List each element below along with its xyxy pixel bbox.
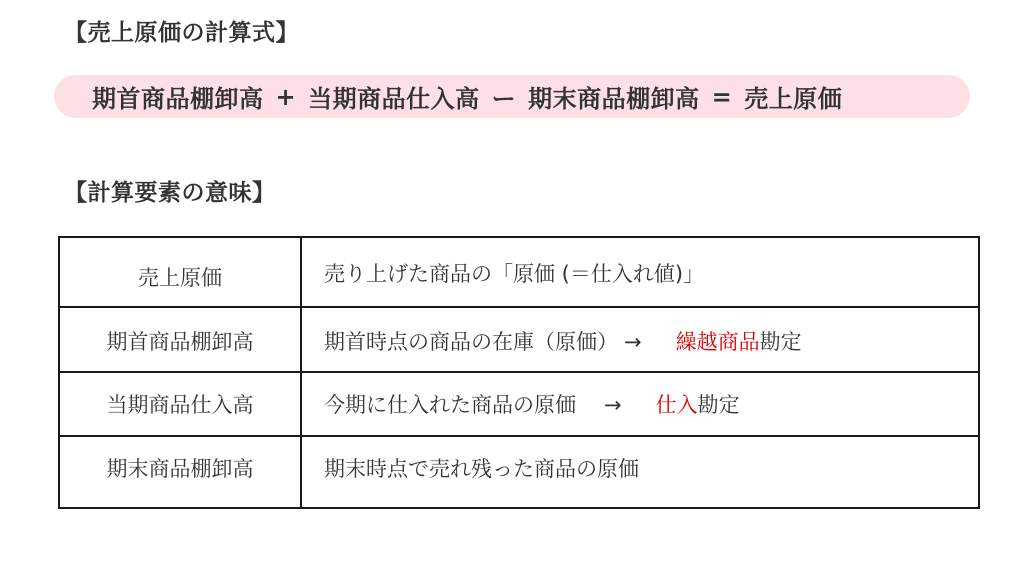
account-name-highlight: 仕入 (656, 393, 698, 417)
minus-operator: ー (492, 79, 517, 114)
term-cell: 期首商品棚卸高 (59, 307, 301, 372)
formula-term-closing-inventory: 期末商品棚卸高 (528, 79, 700, 114)
formula-term-purchases: 当期商品仕入高 (308, 79, 480, 114)
elements-table: 売上原価 売り上げた商品の「原価 (＝仕入れ値)」 期首商品棚卸高 期首時点の商… (58, 236, 980, 509)
description-text: 売り上げた商品の「原価 (＝仕入れ値)」 (324, 262, 704, 286)
arrow-right-icon: → (604, 393, 622, 417)
plus-operator: + (276, 83, 297, 111)
table-row: 当期商品仕入高 今期に仕入れた商品の原価→仕入勘定 (59, 372, 979, 436)
description-cell: 期末時点で売れ残った商品の原価 (301, 436, 979, 508)
formula-banner: 期首商品棚卸高 + 当期商品仕入高 ー 期末商品棚卸高 = 売上原価 (54, 75, 970, 118)
description-text: 期首時点の商品の在庫（原価） (324, 330, 618, 354)
description-cell: 売り上げた商品の「原価 (＝仕入れ値)」 (301, 237, 979, 307)
table-row: 期末商品棚卸高 期末時点で売れ残った商品の原価 (59, 436, 979, 508)
account-suffix: 勘定 (760, 330, 802, 354)
term-cell: 当期商品仕入高 (59, 372, 301, 436)
description-text: 今期に仕入れた商品の原価 (324, 393, 576, 417)
term-cell: 期末商品棚卸高 (59, 436, 301, 508)
account-suffix: 勘定 (698, 393, 740, 417)
term-cell: 売上原価 (59, 237, 301, 307)
formula-result-cogs: 売上原価 (744, 79, 842, 114)
description-text: 期末時点で売れ残った商品の原価 (324, 457, 639, 481)
arrow-right-icon: → (624, 330, 642, 354)
description-cell: 今期に仕入れた商品の原価→仕入勘定 (301, 372, 979, 436)
formula-heading: 【売上原価の計算式】 (64, 14, 299, 47)
account-name-highlight: 繰越商品 (676, 330, 760, 354)
table-row: 期首商品棚卸高 期首時点の商品の在庫（原価）→繰越商品勘定 (59, 307, 979, 372)
table-row: 売上原価 売り上げた商品の「原価 (＝仕入れ値)」 (59, 237, 979, 307)
elements-heading: 【計算要素の意味】 (64, 174, 276, 207)
formula-term-opening-inventory: 期首商品棚卸高 (92, 79, 264, 114)
description-cell: 期首時点の商品の在庫（原価）→繰越商品勘定 (301, 307, 979, 372)
equals-operator: = (712, 83, 733, 111)
